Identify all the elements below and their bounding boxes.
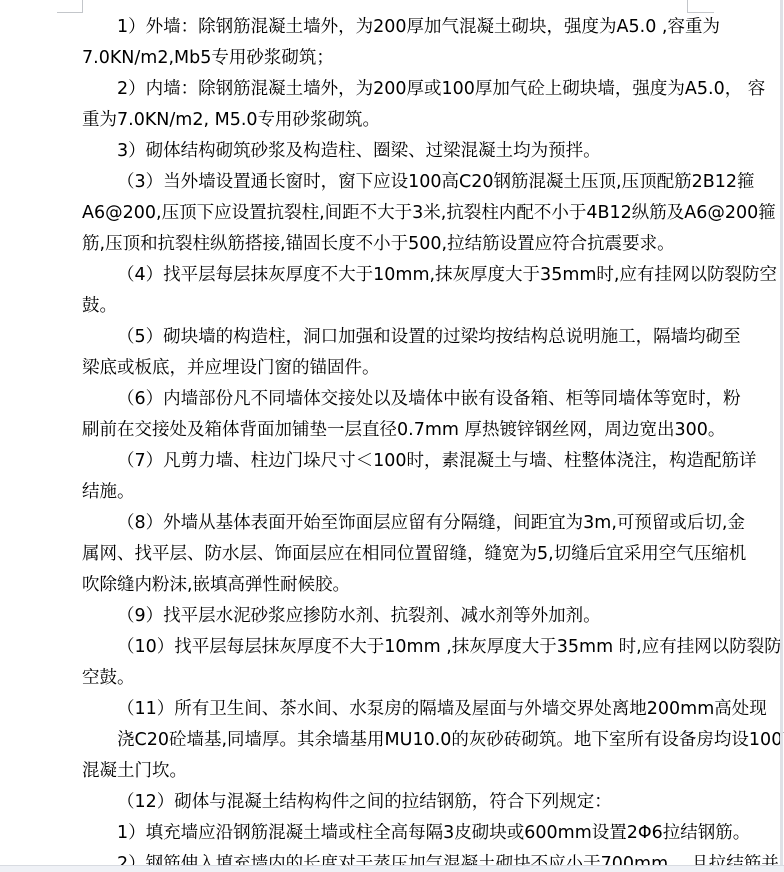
document-viewport: { "page_style": { "background": "#ffffff…	[0, 0, 784, 872]
text-line: 梁底或板底，并应埋设门窗的锚固件。	[82, 353, 690, 384]
text-line: 刷前在交接处及箱体背面加铺垫一层直径0.7mm 厚热镀锌钢丝网，周边宽出300。	[82, 415, 690, 446]
text-line: 1）外墙：除钢筋混凝土墙外，为200厚加气混凝土砌块，强度为A5.0 ,容重为	[82, 12, 690, 43]
text-line: （7）凡剪力墙、柱边门垛尺寸＜100时，素混凝土与墙、柱整体浇注，构造配筋详	[82, 446, 690, 477]
text-line: （3）当外墙设置通长窗时，窗下应设100高C20钢筋混凝土压顶,压顶配筋2B12…	[82, 167, 690, 198]
text-line: 2）内墙：除钢筋混凝土墙外，为200厚或100厚加气砼上砌块墙，强度为A5.0，…	[82, 74, 690, 105]
bottom-strip	[0, 865, 784, 872]
text-line: （6）内墙部份凡不同墙体交接处以及墙体中嵌有设备箱、柜等同墙体等宽时，粉	[82, 384, 690, 415]
text-line: 空鼓。	[82, 663, 690, 694]
text-line: 1）填充墙应沿钢筋混凝土墙或柱全高每隔3皮砌块或600mm设置2Φ6拉结钢筋。	[82, 818, 690, 849]
text-line: 属网、找平层、防水层、饰面层应在相同位置留缝，缝宽为5,切缝后宜采用空气压缩机	[82, 539, 690, 570]
text-line: （9）找平层水泥砂浆应掺防水剂、抗裂剂、减水剂等外加剂。	[82, 601, 690, 632]
text-line: 吹除缝内粉沫,嵌填高弹性耐候胶。	[82, 570, 690, 601]
text-line: （10）找平层每层抹灰厚度不大于10mm ,抹灰厚度大于35mm 时,应有挂网以…	[82, 632, 690, 663]
text-line: 3）砌体结构砌筑砂浆及构造柱、圈梁、过梁混凝土均为预拌。	[82, 136, 690, 167]
text-line: 混凝土门坎。	[82, 756, 690, 787]
text-line: A6@200,压顶下应设置抗裂柱,间距不大于3米,抗裂柱内配不小于4B12纵筋及…	[82, 198, 690, 229]
text-line: （11）所有卫生间、茶水间、水泵房的隔墙及屋面与外墙交界处离地200mm高处现	[82, 694, 690, 725]
text-line: 鼓。	[82, 291, 690, 322]
text-boundary-mark-top-left-horizontal	[57, 12, 83, 13]
document-page: 1）外墙：除钢筋混凝土墙外，为200厚加气混凝土砌块，强度为A5.0 ,容重为7…	[0, 0, 784, 872]
text-line: （8）外墙从基体表面开始至饰面层应留有分隔缝，间距宜为3m,可预留或后切,金	[82, 508, 690, 539]
text-line: 结施。	[82, 477, 690, 508]
text-line: 7.0KN/m2,Mb5专用砂浆砌筑；	[82, 43, 690, 74]
text-line: 筋,压顶和抗裂柱纵筋搭接,锚固长度不小于500,拉结筋设置应符合抗震要求。	[82, 229, 690, 260]
text-line: （12）砌体与混凝土结构构件之间的拉结钢筋，符合下列规定：	[82, 787, 690, 818]
text-line: （4）找平层每层抹灰厚度不大于10mm,抹灰厚度大于35mm时,应有挂网以防裂防…	[82, 260, 690, 291]
document-text-area[interactable]: 1）外墙：除钢筋混凝土墙外，为200厚加气混凝土砌块，强度为A5.0 ,容重为7…	[82, 12, 690, 872]
text-line: 浇C20砼墙基,同墙厚。其余墙基用MU10.0的灰砂砖砌筑。地下室所有设备房均设…	[82, 725, 690, 756]
text-line: （5）砌块墙的构造柱，洞口加强和设置的过梁均按结构总说明施工，隔墙均砌至	[82, 322, 690, 353]
text-line: 重为7.0KN/m2, M5.0专用砂浆砌筑。	[82, 105, 690, 136]
window-right-edge	[780, 0, 783, 872]
